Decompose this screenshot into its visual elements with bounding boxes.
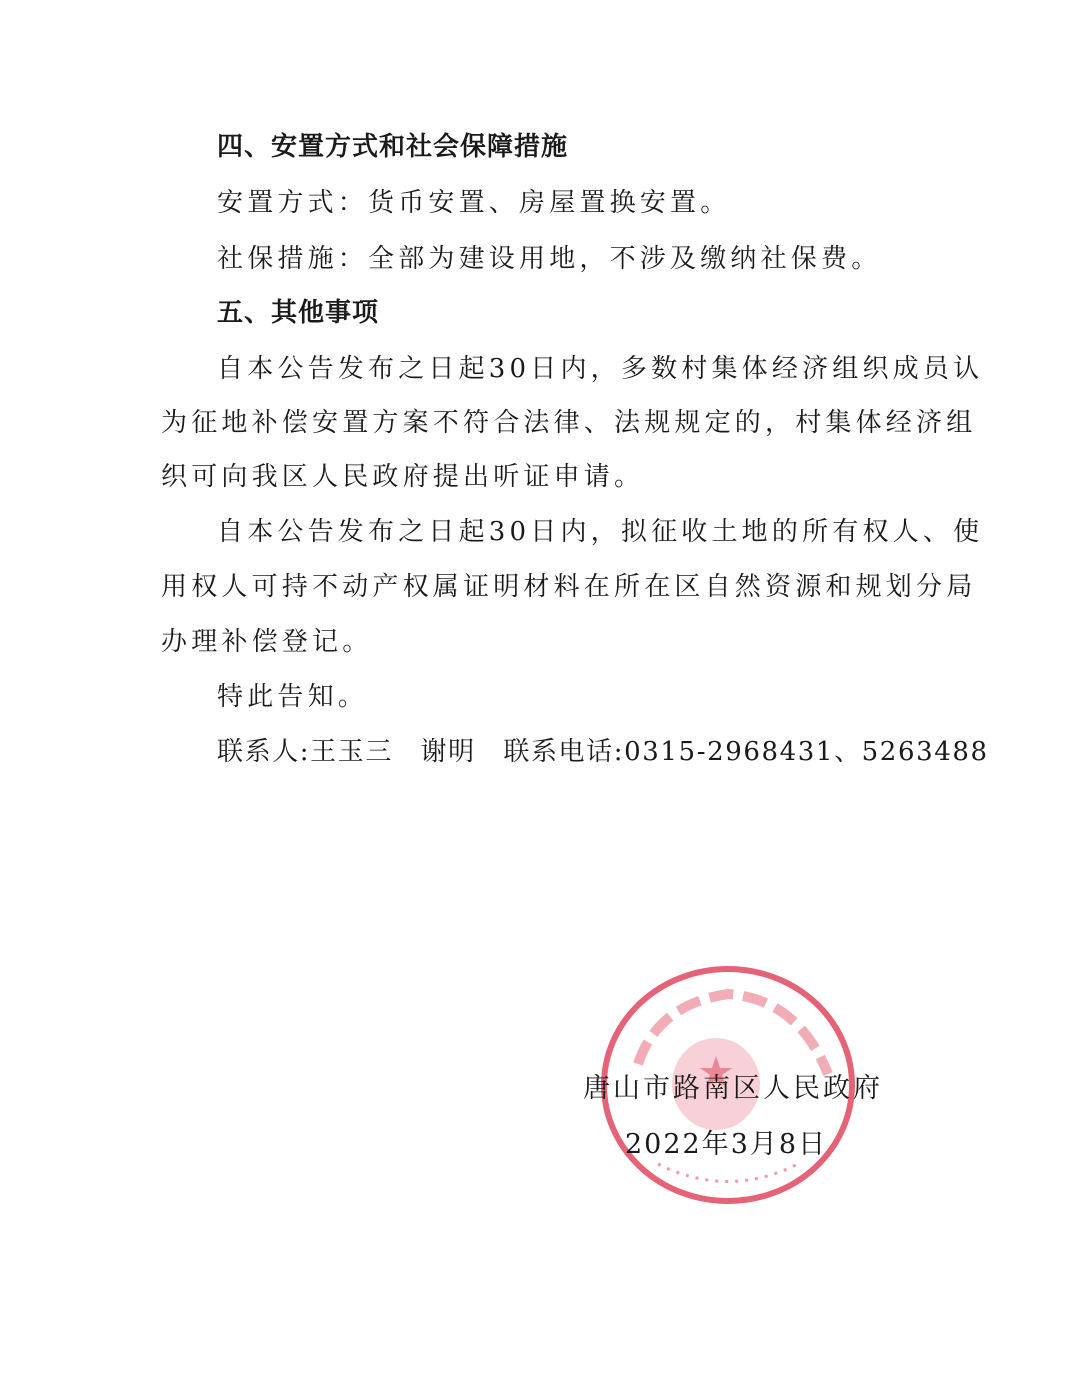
paragraph-2-line-2: 用权人可持不动产权属证明材料在所在区自然资源和规划分局	[161, 570, 976, 604]
paragraph-2-line-1: 自本公告发布之日起30日内，拟征收土地的所有权人、使	[217, 515, 983, 549]
document-page: 四、安置方式和社会保障措施 安置方式：货币安置、房屋置换安置。 社保措施：全部为…	[0, 0, 1080, 1398]
contact-info: 联系人:王玉三 谢明 联系电话:0315-2968431、5263488	[217, 735, 989, 769]
section-4-heading: 四、安置方式和社会保障措施	[217, 130, 568, 164]
section-5-heading: 五、其他事项	[217, 296, 379, 330]
resettlement-method: 安置方式：货币安置、房屋置换安置。	[217, 186, 730, 220]
issue-date: 2022年3月8日	[625, 1122, 827, 1161]
paragraph-1-line-2: 为征地补偿安置方案不符合法律、法规规定的，村集体经济组	[161, 406, 976, 440]
paragraph-2-line-3: 办理补偿登记。	[161, 625, 372, 659]
paragraph-1-line-1: 自本公告发布之日起30日内，多数村集体经济组织成员认	[217, 352, 983, 386]
social-security-measures: 社保措施：全部为建设用地，不涉及缴纳社保费。	[217, 242, 881, 276]
issuing-organization: 唐山市路南区人民政府	[583, 1066, 883, 1105]
paragraph-1-line-3: 织可向我区人民政府提出听证申请。	[161, 460, 644, 494]
closing-remark: 特此告知。	[217, 680, 368, 714]
